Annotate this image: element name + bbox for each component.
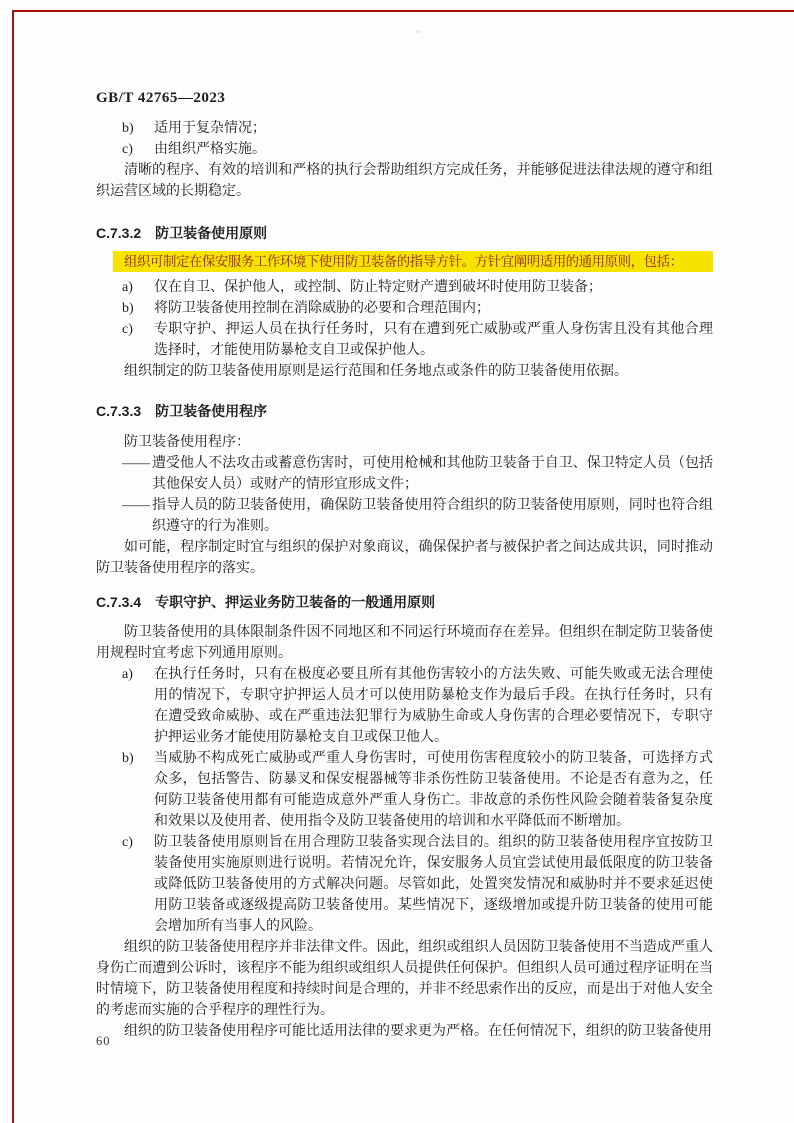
list-item: c) 由组织严格实施。 xyxy=(96,139,713,160)
scan-artifact-dot xyxy=(415,30,421,33)
list-item-text: 将防卫装备使用控制在消除威胁的必要和合理范围内； xyxy=(154,298,713,319)
section-title: 专职守护、押运业务防卫装备的一般通用原则 xyxy=(155,594,435,610)
paragraph: 防卫装备使用的具体限制条件因不同地区和不同运行环境而存在差异。但组织在制定防卫装… xyxy=(96,622,713,664)
list-item-marker: c) xyxy=(122,319,154,361)
section-number: C.7.3.4 xyxy=(96,594,141,610)
list-item-text: 专职守护、押运人员在执行任务时，只有在遭到死亡威胁或严重人身伤害且没有其他合理选… xyxy=(154,319,713,361)
list-item-marker: b) xyxy=(122,118,154,139)
document-page: GB/T 42765—2023 b) 适用于复杂情况； c) 由组织严格实施。 … xyxy=(0,0,794,1123)
dash-item-text: 指导人员的防卫装备使用，确保防卫装备使用符合组织的防卫装备使用原则，同时也符合组… xyxy=(152,495,713,537)
continuation-list: b) 适用于复杂情况； c) 由组织严格实施。 xyxy=(96,118,713,160)
dash-marker: —— xyxy=(122,453,152,495)
highlighted-sentence: 组织可制定在保安服务工作环境下使用防卫装备的指导方针。方针宜阐明适用的通用原则，… xyxy=(113,251,713,272)
scan-mark-left-line xyxy=(12,10,14,1123)
paragraph: 防卫装备使用程序： xyxy=(96,432,713,453)
dash-list-c733: —— 遭受他人不法攻击或蓄意伤害时，可使用枪械和其他防卫装备于自卫、保卫特定人员… xyxy=(96,453,713,537)
section-number: C.7.3.3 xyxy=(96,403,141,419)
list-item-marker: c) xyxy=(122,832,154,937)
list-item: b) 当威胁不构成死亡威胁或严重人身伤害时，可使用伤害程度较小的防卫装备，可选择… xyxy=(96,748,713,832)
list-item: b) 将防卫装备使用控制在消除威胁的必要和合理范围内； xyxy=(96,298,713,319)
lettered-list-c732: a) 仅在自卫、保护他人，或控制、防止特定财产遭到破坏时使用防卫装备； b) 将… xyxy=(96,277,713,361)
paragraph: 如可能，程序制定时宜与组织的保护对象商议，确保保护者与被保护者之间达成共识，同时… xyxy=(96,537,713,579)
dash-marker: —— xyxy=(122,495,152,537)
list-item: b) 适用于复杂情况； xyxy=(96,118,713,139)
section-number: C.7.3.2 xyxy=(96,225,141,241)
list-item: a) 仅在自卫、保护他人，或控制、防止特定财产遭到破坏时使用防卫装备； xyxy=(96,277,713,298)
list-item-text: 在执行任务时，只有在极度必要且所有其他伤害较小的方法失败、可能失败或无法合理使用… xyxy=(154,664,713,748)
list-item: c) 专职守护、押运人员在执行任务时，只有在遭到死亡威胁或严重人身伤害且没有其他… xyxy=(96,319,713,361)
dash-list-item: —— 遭受他人不法攻击或蓄意伤害时，可使用枪械和其他防卫装备于自卫、保卫特定人员… xyxy=(96,453,713,495)
paragraph: 组织的防卫装备使用程序并非法律文件。因此，组织或组织人员因防卫装备使用不当造成严… xyxy=(96,937,713,1021)
list-item-text: 由组织严格实施。 xyxy=(154,139,713,160)
list-item-marker: a) xyxy=(122,664,154,748)
section-title: 防卫装备使用程序 xyxy=(155,403,267,419)
list-item: a) 在执行任务时，只有在极度必要且所有其他伤害较小的方法失败、可能失败或无法合… xyxy=(96,664,713,748)
dash-item-text: 遭受他人不法攻击或蓄意伤害时，可使用枪械和其他防卫装备于自卫、保卫特定人员（包括… xyxy=(152,453,713,495)
list-item-marker: b) xyxy=(122,298,154,319)
list-item-text: 适用于复杂情况； xyxy=(154,118,713,139)
list-item-text: 仅在自卫、保护他人，或控制、防止特定财产遭到破坏时使用防卫装备； xyxy=(154,277,713,298)
paragraph: 清晰的程序、有效的培训和严格的执行会帮助组织方完成任务，并能够促进法律法规的遵守… xyxy=(96,160,713,202)
section-heading-c733: C.7.3.3防卫装备使用程序 xyxy=(96,400,713,422)
list-item-marker: b) xyxy=(122,748,154,832)
paragraph: 组织的防卫装备使用程序可能比适用法律的要求更为严格。在任何情况下，组织的防卫装备… xyxy=(96,1021,713,1042)
dash-list-item: —— 指导人员的防卫装备使用，确保防卫装备使用符合组织的防卫装备使用原则，同时也… xyxy=(96,495,713,537)
lettered-list-c734: a) 在执行任务时，只有在极度必要且所有其他伤害较小的方法失败、可能失败或无法合… xyxy=(96,664,713,937)
section-heading-c734: C.7.3.4专职守护、押运业务防卫装备的一般通用原则 xyxy=(96,591,713,613)
scan-mark-top-line xyxy=(12,10,794,12)
section-heading-c732: C.7.3.2防卫装备使用原则 xyxy=(96,222,713,244)
section-title: 防卫装备使用原则 xyxy=(155,225,267,241)
list-item: c) 防卫装备使用原则旨在用合理防卫装备实现合法目的。组织的防卫装备使用程序宜按… xyxy=(96,832,713,937)
standard-number-header: GB/T 42765—2023 xyxy=(96,88,713,110)
page-content: GB/T 42765—2023 b) 适用于复杂情况； c) 由组织严格实施。 … xyxy=(96,88,713,1042)
list-item-marker: a) xyxy=(122,277,154,298)
page-number: 60 xyxy=(96,1034,111,1049)
list-item-text: 防卫装备使用原则旨在用合理防卫装备实现合法目的。组织的防卫装备使用程序宜按防卫装… xyxy=(154,832,713,937)
list-item-text: 当威胁不构成死亡威胁或严重人身伤害时，可使用伤害程度较小的防卫装备，可选择方式众… xyxy=(154,748,713,832)
paragraph: 组织制定的防卫装备使用原则是运行范围和任务地点或条件的防卫装备使用依据。 xyxy=(96,361,713,382)
list-item-marker: c) xyxy=(122,139,154,160)
